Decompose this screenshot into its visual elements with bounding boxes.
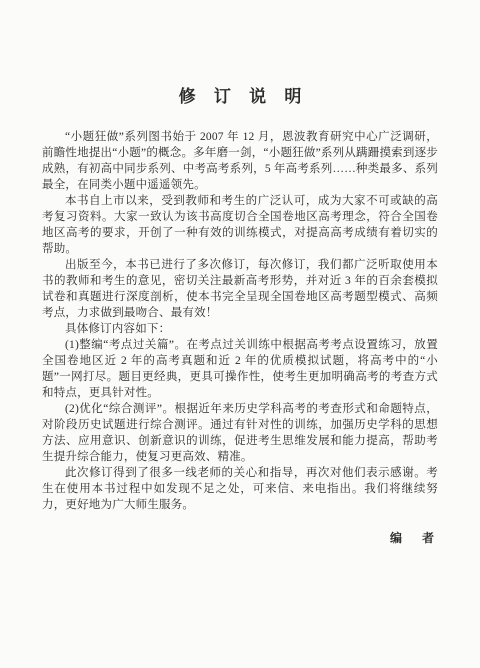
- page-title: 修 订 说 明: [42, 86, 438, 108]
- page-body: “小题狂做”系列图书始于 2007 年 12 月，恩波教育研究中心广泛调研，前瞻…: [42, 129, 438, 513]
- paragraph: 此次修订得到了很多一线老师的关心和指导，再次对他们表示感谢。考生在使用本书过程中…: [42, 465, 438, 513]
- paragraph: (1)整编“考点过关篇”。在考点过关训练中根据高考考点设置练习，放置全国卷地区近…: [42, 337, 438, 401]
- paragraph: “小题狂做”系列图书始于 2007 年 12 月，恩波教育研究中心广泛调研，前瞻…: [42, 129, 438, 193]
- paragraph: 具体修订内容如下：: [42, 321, 438, 337]
- author-signature: 编 者: [42, 529, 438, 546]
- paragraph: 出版至今，本书已进行了多次修订，每次修订，我们都广泛听取使用本书的教师和考生的意…: [42, 257, 438, 321]
- paragraph: 本书自上市以来，受到教师和考生的广泛认可，成为大家不可或缺的高考复习资料。大家一…: [42, 193, 438, 257]
- book-page: 修 订 说 明 “小题狂做”系列图书始于 2007 年 12 月，恩波教育研究中…: [0, 0, 480, 668]
- paragraph: (2)优化“综合测评”。根据近年来历史学科高考的考查形式和命题特点，对阶段历史试…: [42, 401, 438, 465]
